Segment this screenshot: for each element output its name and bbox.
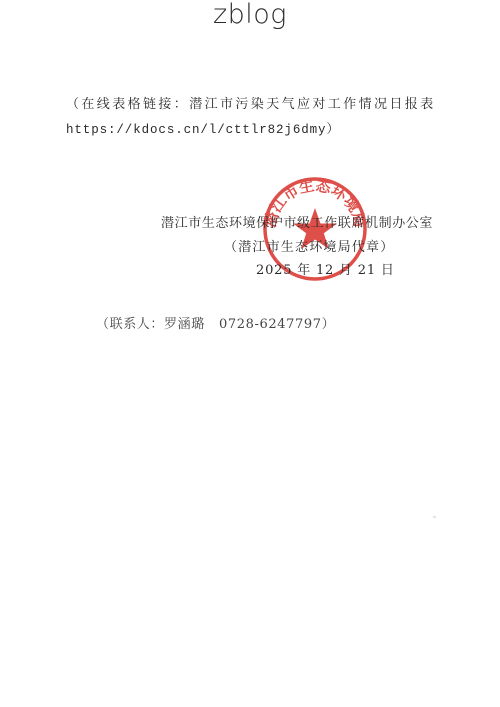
contact-name: 罗涵璐: [164, 317, 205, 332]
contact-info: （联系人：罗涵璐 0728-6247797）: [96, 313, 335, 332]
watermark-text: zblog: [0, 0, 500, 30]
online-form-note: （在线表格链接：潜江市污染天气应对工作情况日报表: [66, 93, 436, 112]
scan-speck: [433, 516, 436, 518]
online-form-link[interactable]: https://kdocs.cn/l/cttlr82j6dmy）: [66, 119, 340, 137]
issuing-organization: 潜江市生态环境保护市级工作联席机制办公室: [161, 212, 433, 231]
seal-note: （潜江市生态环境局代章）: [224, 236, 394, 255]
contact-label: （联系人：: [96, 317, 164, 332]
issue-date: 2025 年 12 月 21 日: [256, 259, 395, 278]
contact-phone: 0728-6247797）: [219, 317, 335, 332]
